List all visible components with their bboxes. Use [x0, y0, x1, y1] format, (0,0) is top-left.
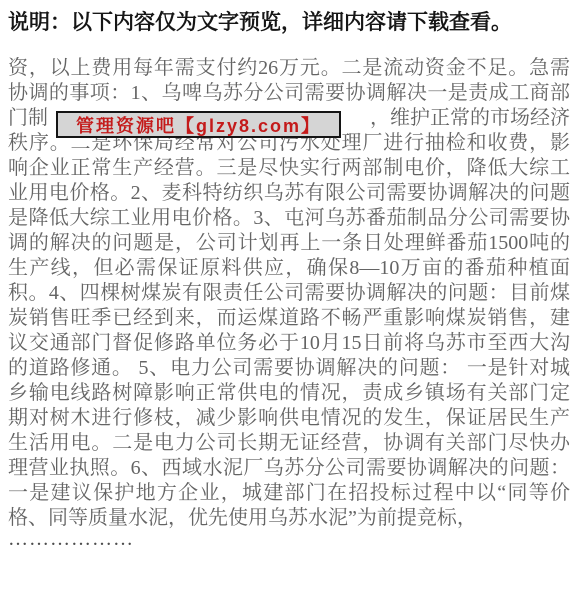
watermark-badge: 管理资源吧【glzy8.com】: [56, 111, 341, 138]
text-line: 响企业正常生产经营。三是尽快实行两部制电价，降低大综工: [8, 156, 570, 181]
text-line: 资，以上费用每年需支付约26万元。二是流动资金不足。急需: [8, 56, 570, 81]
text-line: 协调的事项：1、乌啤乌苏分公司需要协调解决一是责成工商部: [8, 81, 570, 106]
covered-line-left-fragment: 门制: [8, 106, 48, 131]
text-line: 议交通部门督促修路单位务必于10月15日前将乌苏市至西大沟: [8, 331, 570, 356]
text-line: 期对树木进行修枝，减少影响供电情况的发生，保证居民生产: [8, 406, 570, 431]
covered-line-right-fragment: ，维护正常的市场经济: [370, 106, 570, 131]
text-line: 是降低大综工业用电价格。3、屯河乌苏番茄制品分公司需要协: [8, 206, 570, 231]
text-line: 理营业执照。6、西域水泥厂乌苏分公司需要协调解决的问题：: [8, 456, 570, 481]
text-line: 积。4、四棵树煤炭有限责任公司需要协调解决的问题：目前煤: [8, 281, 570, 306]
text-line: 业用电价格。2、麦科特纺织乌苏有限公司需要协调解决的问题: [8, 181, 570, 206]
text-line: 一是建议保护地方企业，城建部门在招投标过程中以“同等价: [8, 481, 570, 506]
preview-notice: 说明：以下内容仅为文字预览，详细内容请下载查看。: [8, 10, 570, 35]
text-line: 乡输电线路树障影响正常供电的情况，责成乡镇场有关部门定: [8, 381, 570, 406]
text-line: 生产线，但必需保证原料供应，确保8—10万亩的番茄种植面: [8, 256, 570, 281]
document-preview-page: 说明：以下内容仅为文字预览，详细内容请下载查看。 资，以上费用每年需支付约26万…: [0, 0, 578, 600]
text-line: 生活用电。二是电力公司长期无证经营，协调有关部门尽快办: [8, 431, 570, 456]
text-line: 的道路修通。 5、电力公司需要协调解决的问题： 一是针对城: [8, 356, 570, 381]
text-line: 调的解决的问题是，公司计划再上一条日处理鲜番茄1500吨的: [8, 231, 570, 256]
text-line: 炭销售旺季已经到来，而运煤道路不畅严重影响煤炭销售，建: [8, 306, 570, 331]
ellipsis-line: ………………: [8, 531, 570, 551]
